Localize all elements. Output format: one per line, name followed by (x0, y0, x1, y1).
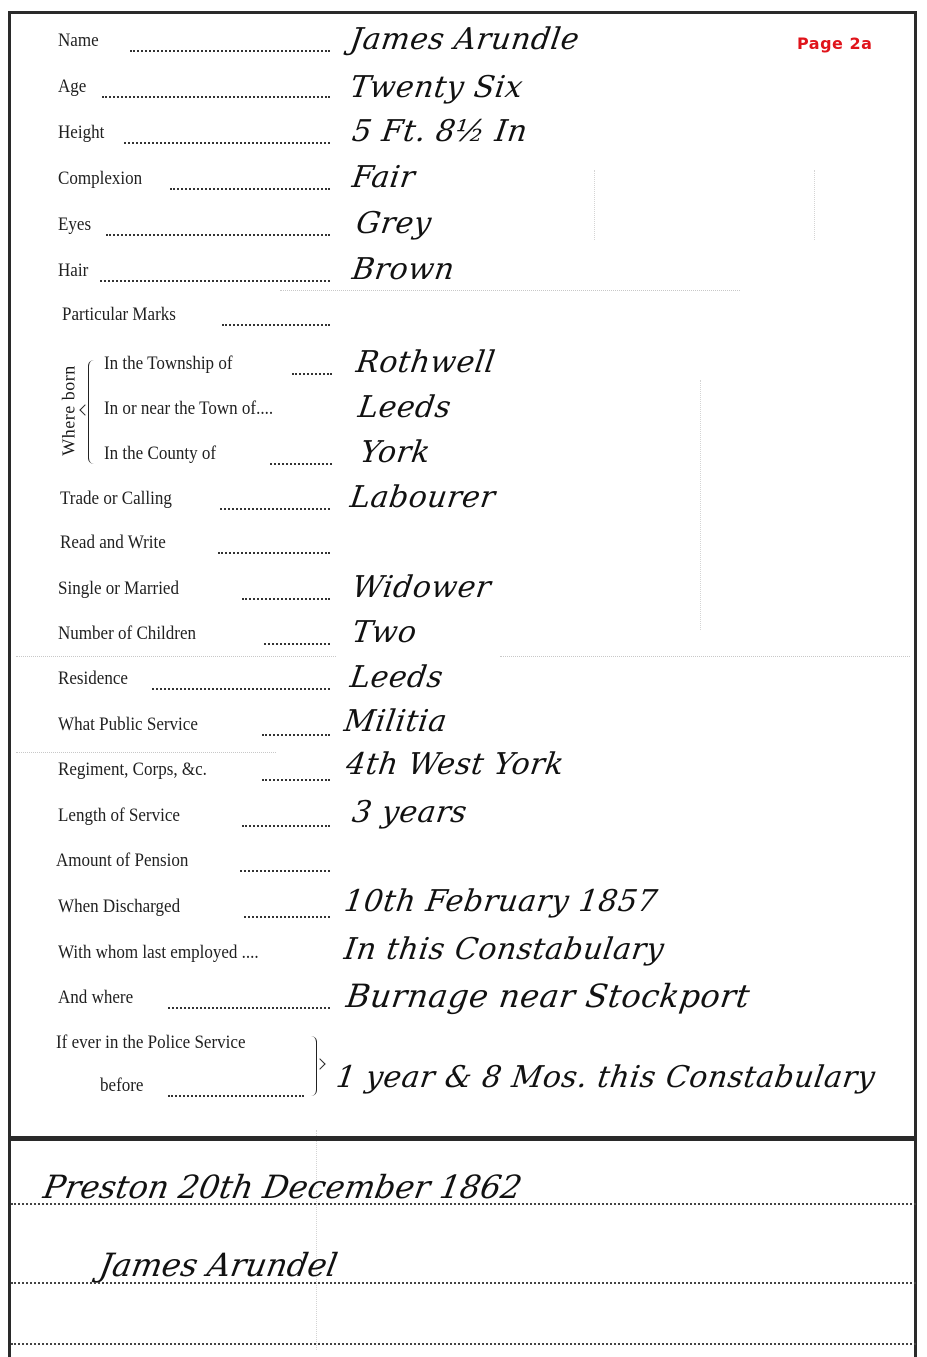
field-read-write: Read and Write (0, 530, 927, 570)
dot-leader (168, 1005, 330, 1009)
field-label: Amount of Pension (56, 851, 188, 872)
field-length-service: Length of Service 3 years (0, 803, 927, 843)
field-value: Two (350, 615, 419, 650)
field-label: Age (58, 77, 86, 98)
dot-leader (220, 506, 330, 510)
field-residence: Residence Leeds (0, 666, 927, 706)
dot-leader (124, 140, 330, 144)
field-label-line1: If ever in the Police Service (56, 1033, 246, 1054)
field-value: Widower (350, 570, 493, 605)
field-name: Name James Arundle (0, 28, 927, 68)
dot-leader (244, 914, 330, 918)
field-label: Length of Service (58, 806, 180, 827)
field-value: Leeds (356, 390, 453, 425)
field-label: In or near the Town of.... (104, 399, 273, 420)
field-value: 3 years (350, 795, 469, 830)
field-label: With whom last employed .... (58, 943, 259, 964)
field-single-married: Single or Married Widower (0, 576, 927, 616)
dot-leader (242, 823, 330, 827)
field-label: Name (58, 31, 99, 52)
field-county: In the County of York (0, 441, 927, 481)
dot-leader (292, 371, 332, 375)
scan-artifact-line (16, 752, 276, 753)
field-label-line2: before (100, 1076, 143, 1097)
field-height: Height 5 Ft. 8½ In (0, 120, 927, 160)
place-date: Preston 20th December 1862 (41, 1168, 525, 1206)
dot-leader (170, 186, 330, 190)
dot-leader (106, 232, 330, 236)
field-regiment: Regiment, Corps, &c. 4th West York (0, 757, 927, 797)
field-value: James Arundle (348, 22, 582, 57)
field-value: Rothwell (354, 345, 498, 380)
field-hair: Hair Brown (0, 258, 927, 298)
field-police-service: If ever in the Police Service before 1 y… (0, 1030, 927, 1110)
field-children: Number of Children Two (0, 621, 927, 661)
field-discharged: When Discharged 10th February 1857 (0, 894, 927, 934)
field-pension: Amount of Pension (0, 848, 927, 888)
dot-leader (152, 686, 330, 690)
field-and-where: And where Burnage near Stockport (0, 985, 927, 1025)
ruled-line (11, 1203, 916, 1205)
field-label: Particular Marks (62, 305, 176, 326)
field-last-employed: With whom last employed .... In this Con… (0, 940, 927, 980)
field-label: And where (58, 988, 133, 1009)
field-label: Height (58, 123, 104, 144)
field-value: Leeds (348, 660, 445, 695)
dot-leader (270, 461, 332, 465)
dot-leader (262, 732, 330, 736)
field-township: In the Township of Rothwell (0, 351, 927, 391)
field-value: York (358, 435, 433, 470)
field-label: Residence (58, 669, 128, 690)
field-value: In this Constabulary (342, 932, 667, 967)
ruled-line (11, 1343, 916, 1345)
right-brace (306, 1036, 317, 1096)
dot-leader (100, 278, 330, 282)
field-label: In the Township of (104, 354, 232, 375)
dot-leader (240, 868, 330, 872)
field-label: Complexion (58, 169, 142, 190)
dot-leader (222, 322, 330, 326)
field-value: Brown (350, 252, 457, 287)
field-value: Labourer (348, 480, 498, 515)
field-trade: Trade or Calling Labourer (0, 486, 927, 526)
field-label: What Public Service (58, 715, 198, 736)
field-eyes: Eyes Grey (0, 212, 927, 252)
field-label: Eyes (58, 215, 91, 236)
field-value: Burnage near Stockport (344, 977, 752, 1015)
dot-leader (102, 94, 330, 98)
field-label: Single or Married (58, 579, 179, 600)
scan-artifact-line (316, 1130, 317, 1350)
dot-leader (262, 777, 330, 781)
field-label: In the County of (104, 444, 216, 465)
field-value: Fair (350, 160, 418, 195)
field-value: 10th February 1857 (342, 884, 660, 919)
dot-leader (264, 641, 330, 645)
signature: James Arundel (97, 1246, 341, 1284)
field-value: Twenty Six (348, 70, 525, 105)
dot-leader (218, 550, 330, 554)
dot-leader (168, 1093, 304, 1097)
section-divider (8, 1136, 917, 1141)
field-public-service: What Public Service Militia (0, 712, 927, 752)
field-value: Grey (354, 206, 434, 241)
field-value: 5 Ft. 8½ In (350, 114, 530, 149)
field-value: 4th West York (344, 747, 566, 782)
field-label: Trade or Calling (60, 489, 172, 510)
field-label: Number of Children (58, 624, 196, 645)
field-town: In or near the Town of.... Leeds (0, 396, 927, 436)
dot-leader (130, 48, 330, 52)
ruled-line (11, 1282, 916, 1284)
field-value: 1 year & 8 Mos. this Constabulary (334, 1060, 877, 1095)
field-label: Read and Write (60, 533, 166, 554)
field-label: When Discharged (58, 897, 180, 918)
field-value: Militia (342, 704, 449, 739)
field-particular-marks: Particular Marks (0, 302, 927, 342)
field-complexion: Complexion Fair (0, 166, 927, 206)
field-label: Regiment, Corps, &c. (58, 760, 207, 781)
field-age: Age Twenty Six (0, 74, 927, 114)
dot-leader (242, 596, 330, 600)
field-label: Hair (58, 261, 88, 282)
